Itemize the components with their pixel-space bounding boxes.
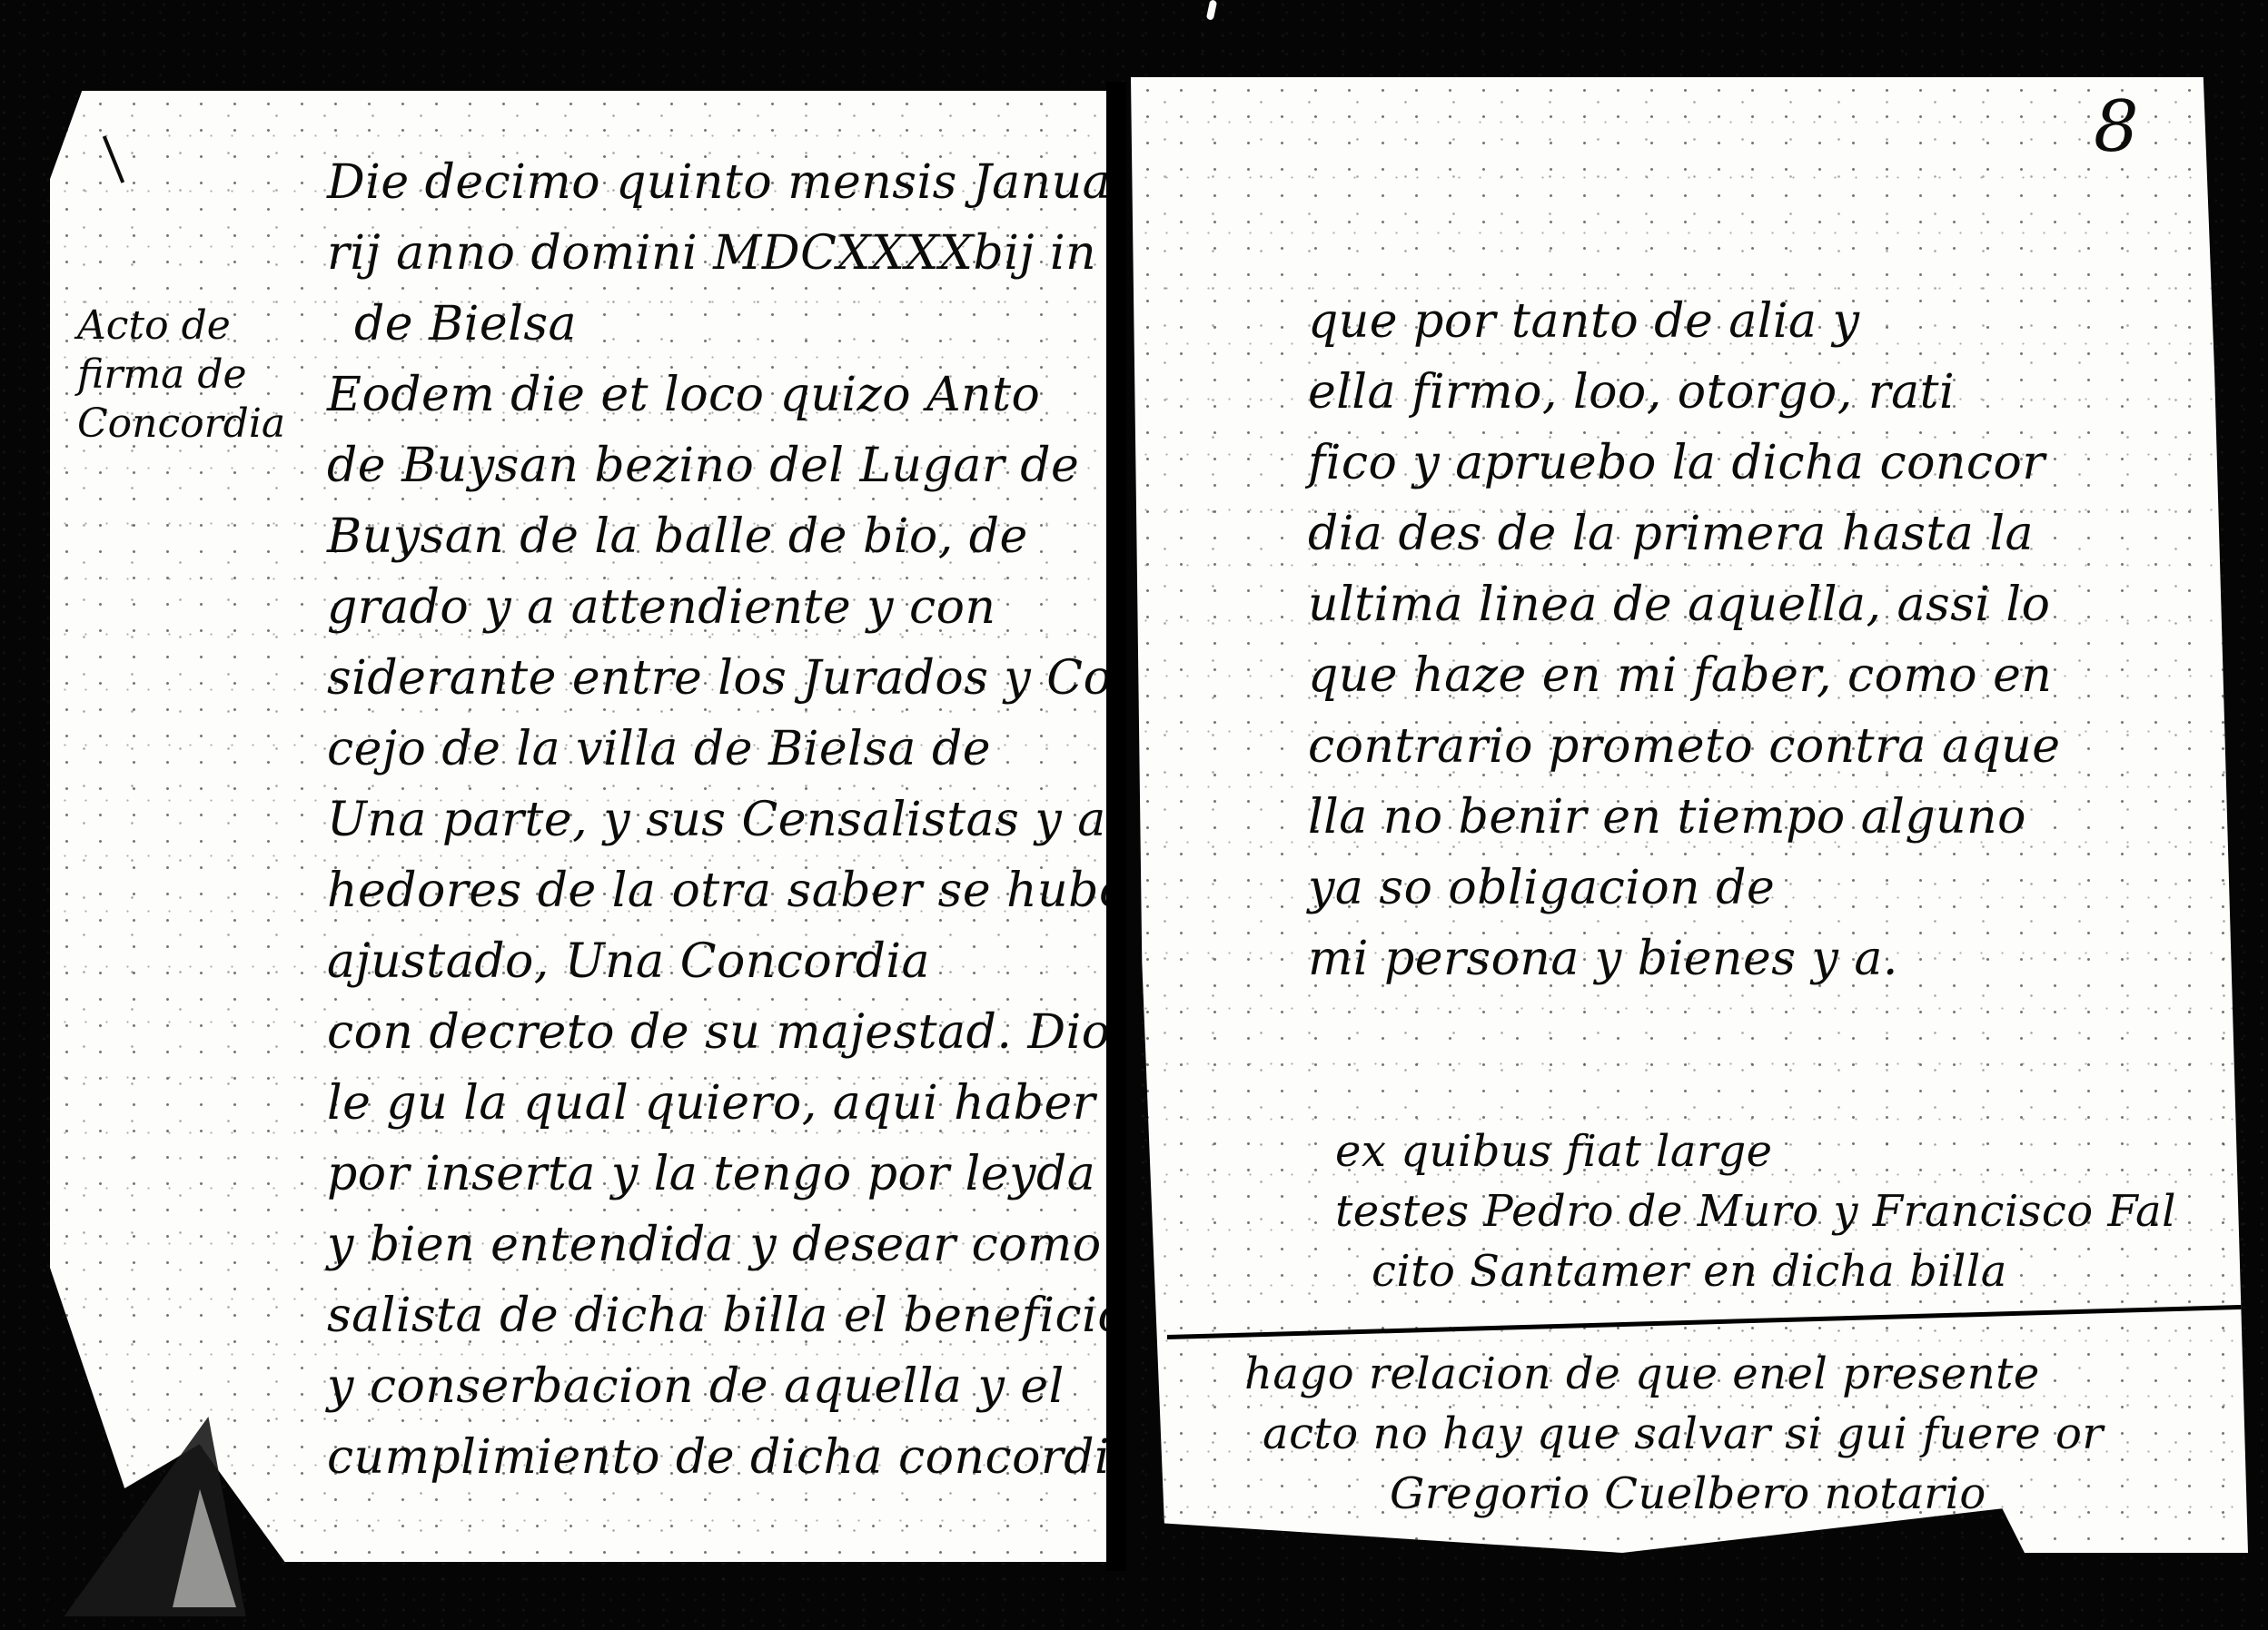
ribbon-highlight bbox=[173, 1489, 236, 1607]
margin-note: Acto de firma de Concordia bbox=[77, 301, 285, 449]
text-line: ajustado, Una Concordia bbox=[327, 926, 1117, 997]
right-page-text: que por tanto de alia y ella firmo, loo,… bbox=[1308, 286, 2061, 994]
text-line: ex quibus fiat large bbox=[1335, 1121, 2176, 1181]
text-line: y conserbacion de aquella y el bbox=[327, 1351, 1117, 1422]
separator-rule bbox=[1167, 1305, 2248, 1339]
text-line: Die decimo quinto mensis Janua bbox=[327, 147, 1117, 218]
book-spine bbox=[1106, 82, 1126, 1571]
text-line: le gu la qual quiero, aqui haber bbox=[327, 1068, 1117, 1139]
text-line: lla no benir en tiempo alguno bbox=[1308, 782, 2061, 853]
text-line: Eodem die et loco quizo Anto bbox=[327, 360, 1117, 430]
text-line: testes Pedro de Muro y Francisco Fal bbox=[1335, 1181, 2176, 1241]
text-line: salista de dicha billa el beneficio bbox=[327, 1280, 1117, 1351]
corner-mark bbox=[103, 135, 124, 183]
margin-note-line: Acto de bbox=[77, 301, 285, 351]
text-line: cejo de la villa de Bielsa de bbox=[327, 714, 1117, 785]
left-page-text: Die decimo quinto mensis Janua rij anno … bbox=[327, 147, 1117, 1493]
text-line: contrario prometo contra aque bbox=[1308, 711, 2061, 782]
text-line: mi persona y bienes y a. bbox=[1308, 924, 2061, 994]
text-line: hago relacion de que enel presente bbox=[1244, 1344, 2104, 1404]
text-line: cito Santamer en dicha billa bbox=[1372, 1241, 2176, 1301]
text-line: ultima linea de aquella, assi lo bbox=[1308, 569, 2061, 640]
left-page: Acto de firma de Concordia Die decimo qu… bbox=[50, 91, 1117, 1562]
folio-number: 8 bbox=[2094, 86, 2139, 168]
text-line: grado y a attendiente y con bbox=[327, 572, 1117, 643]
text-line: por inserta y la tengo por leyda bbox=[327, 1139, 1117, 1210]
text-line: de Buysan bezino del Lugar de bbox=[327, 430, 1117, 501]
notary-block: hago relacion de que enel presente acto … bbox=[1244, 1344, 2104, 1524]
text-line: que haze en mi faber, como en bbox=[1308, 640, 2061, 711]
text-line: Buysan de la balle de bio, de bbox=[327, 501, 1117, 572]
text-line: y bien entendida y desear como le bbox=[327, 1210, 1117, 1280]
text-line: dia des de la primera hasta la bbox=[1308, 499, 2061, 569]
text-line: que por tanto de alia y bbox=[1308, 286, 2061, 357]
text-line: fico y apruebo la dicha concor bbox=[1308, 428, 2061, 499]
text-line: Una parte, y sus Censalistas y acre bbox=[327, 785, 1117, 855]
text-line: acto no hay que salvar si gui fuere or bbox=[1263, 1404, 2104, 1464]
text-line: siderante entre los Jurados y Con bbox=[327, 643, 1117, 714]
text-line: con decreto de su majestad. Dios bbox=[327, 997, 1117, 1068]
text-line: cumplimiento de dicha concordia bbox=[327, 1422, 1117, 1493]
margin-note-line: Concordia bbox=[77, 400, 285, 449]
margin-note-line: firma de bbox=[77, 351, 285, 400]
text-line: rij anno domini MDCXXXXbij in billa bbox=[327, 218, 1117, 289]
witness-block: ex quibus fiat large testes Pedro de Mur… bbox=[1335, 1121, 2176, 1301]
text-line: ya so obligacion de bbox=[1308, 853, 2061, 924]
text-line: ella firmo, loo, otorgo, rati bbox=[1308, 357, 2061, 428]
text-line: de Bielsa bbox=[354, 289, 1117, 360]
right-page: 8 que por tanto de alia y ella firmo, lo… bbox=[1131, 77, 2248, 1553]
text-line: hedores de la otra saber se hubo bbox=[327, 855, 1117, 926]
